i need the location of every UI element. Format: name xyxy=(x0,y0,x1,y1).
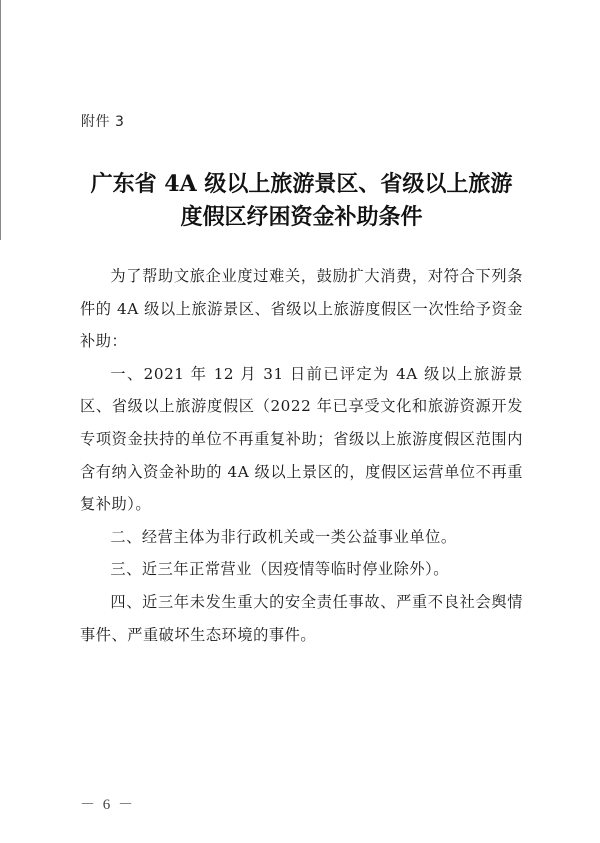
document-body: 为了帮助文旅企业度过难关，鼓励扩大消费，对符合下列条件的 4A 级以上旅游景区、… xyxy=(80,260,523,651)
page-number: － 6 － xyxy=(80,793,135,814)
scan-edge-line xyxy=(0,0,1,240)
title-line-1: 广东省 4A 级以上旅游景区、省级以上旅游 xyxy=(80,168,523,201)
condition-1: 一、2021 年 12 月 31 日前已评定为 4A 级以上旅游景区、省级以上旅… xyxy=(80,358,523,521)
condition-2: 二、经营主体为非行政机关或一类公益事业单位。 xyxy=(80,521,523,554)
document-title: 广东省 4A 级以上旅游景区、省级以上旅游 度假区纾困资金补助条件 xyxy=(80,168,523,234)
intro-paragraph: 为了帮助文旅企业度过难关，鼓励扩大消费，对符合下列条件的 4A 级以上旅游景区、… xyxy=(80,260,523,358)
condition-4: 四、近三年未发生重大的安全责任事故、严重不良社会舆情事件、严重破坏生态环境的事件… xyxy=(80,586,523,651)
title-line-2: 度假区纾困资金补助条件 xyxy=(80,201,523,234)
attachment-label: 附件 3 xyxy=(81,111,124,131)
condition-3: 三、近三年正常营业（因疫情等临时停业除外）。 xyxy=(80,553,523,586)
